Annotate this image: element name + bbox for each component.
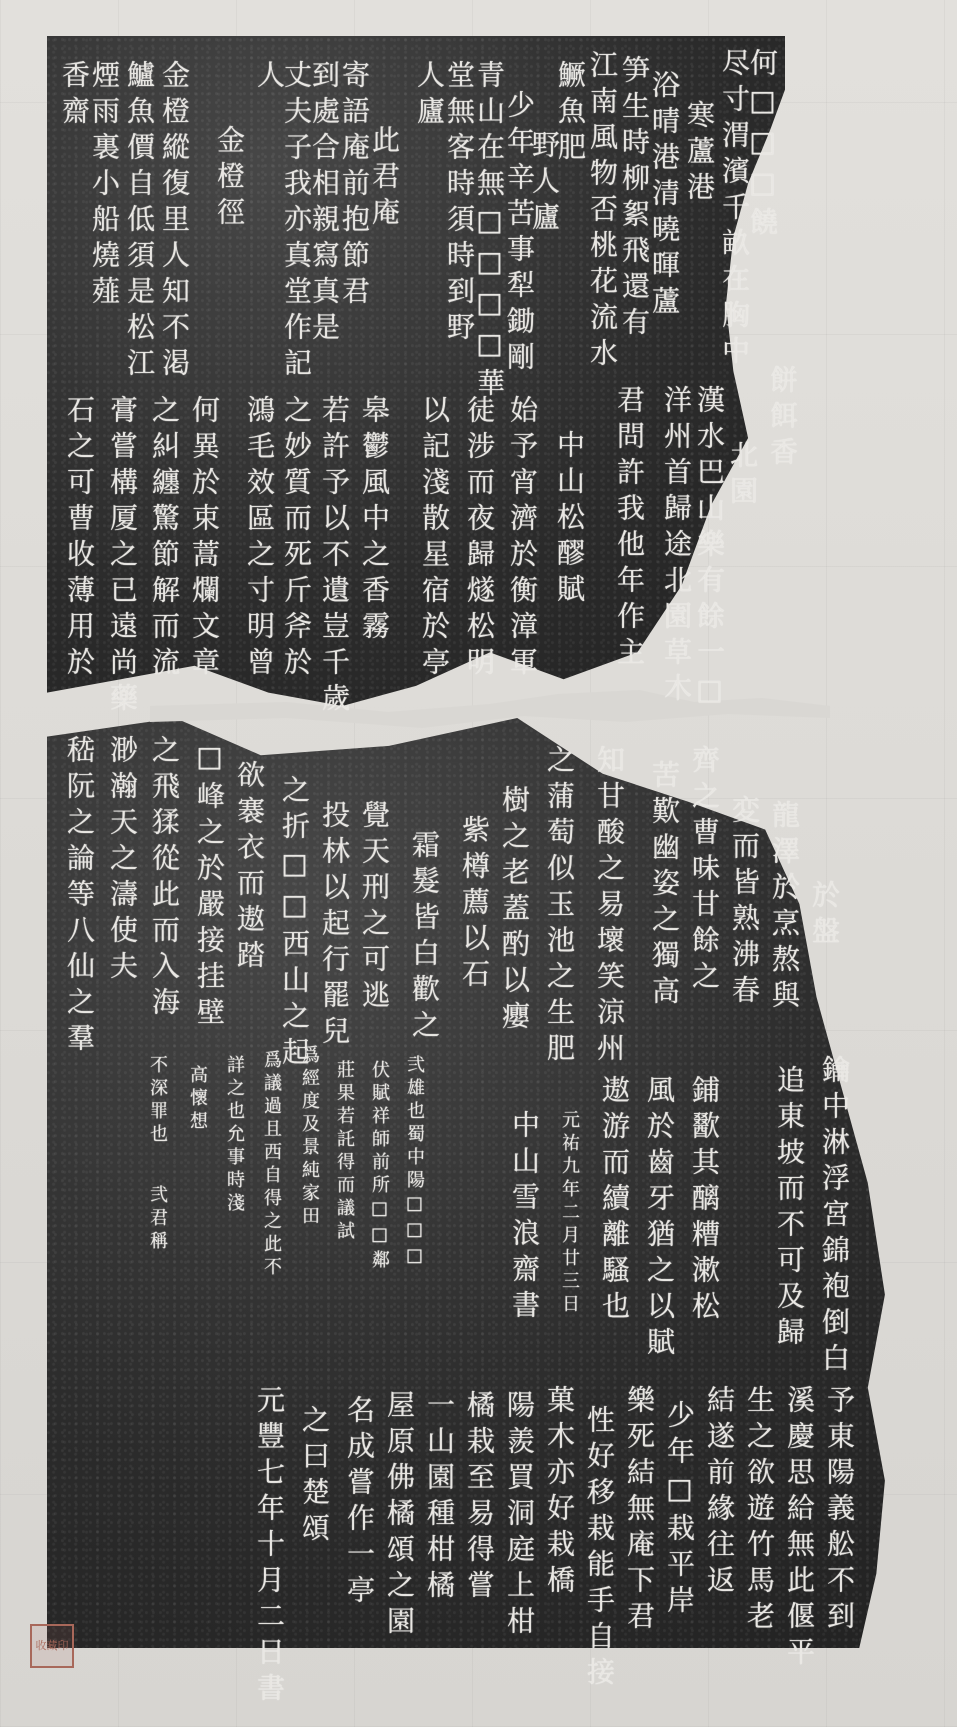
text-column: 鴻毛效區之寸明曾 [245,395,273,683]
text-column: 以記淺散星宿於亭 [420,395,448,683]
text-column: 少年辛苦事犁鋤剛 [505,90,533,378]
text-column: 鋪歠其醨糟漱松 [690,1075,718,1327]
text-column: 爲經度及景純家田 [300,1045,318,1229]
text-column: 浴晴港清曉暉蘆 [650,70,678,322]
text-column: 石之可曹收薄用於 [65,395,93,683]
text-column: 弐君稱 [148,1185,166,1254]
text-column: 青山在無□□□□華 [475,60,503,404]
text-column: 鑰中淋浮宮錦袍倒白 [820,1055,848,1379]
date-inscription: 元祐九年二月廿三日 [560,1110,578,1317]
text-column: 金橙徑 [215,125,243,233]
text-column: 少年□栽平岸 [665,1400,693,1621]
text-column: 中山松醪賦 [555,430,583,610]
text-column: 苦歎幽姿之獨高 [650,760,678,1012]
text-column: 遨游而續離騷也 [600,1075,628,1327]
text-column: 結遂前緣往返 [705,1385,733,1601]
text-column: 餅餌香 [768,365,796,473]
text-column: 投林以起行罷兒 [320,800,348,1052]
text-column: 寄語庵前抱節君 [340,60,368,312]
text-column: 若許予以不遺豈千歲 [320,395,348,719]
date-signature: 元豐七年十月二日書 [255,1385,283,1709]
text-column: 徒涉而夜歸燧松明 [465,395,493,683]
text-column: 生之欲遊竹馬老 [745,1385,773,1637]
text-column: 変而皆熟沸春 [730,795,758,1011]
text-column: 之妙質而死斤斧於 [282,395,310,683]
text-column: 笋生時柳絮飛還有 [620,55,648,343]
text-column: 追東坡而不可及歸 [775,1065,803,1353]
text-column: 菓木亦好栽橋 [545,1385,573,1601]
text-column: 陽羨買洞庭上柑 [505,1390,533,1642]
text-column: 始予宵濟於衡漳軍 [508,395,536,683]
signature-column: 中山雪浪齋書 [510,1110,538,1326]
text-column: 龍澤於烹熬與 [770,800,798,1016]
text-column: 齊之曹味甘餘之 [690,745,718,997]
text-column: 之飛猱從此而入海 [150,735,178,1023]
text-column: 高懷想 [188,1065,206,1134]
text-column: 到處合相親寫真是 [310,60,338,348]
text-column: 紫樽薦以石 [460,815,488,995]
text-column: 之折□□西山之起 [280,775,308,1073]
text-column: 寒蘆港 [685,100,713,208]
text-column: 樂死結無庵下君 [625,1385,653,1637]
text-column: 何異於束蒿爛文章 [190,395,218,683]
text-column: 名成嘗作一亭 [345,1395,373,1611]
text-column: 性好移栽能手自接 [585,1405,613,1693]
text-column: 此君庵 [370,125,398,233]
text-column: 不深罪也 [148,1055,166,1147]
text-column: 之蒲萄似玉池之生肥 [545,745,573,1069]
text-column: 風於齒牙猶之以賦 [645,1075,673,1363]
text-column: 江南風物否桃花流水 [588,50,616,374]
text-column: 皋鬱風中之香霧 [360,395,388,647]
text-column: 伏賦祥師前所□□鄰 [370,1060,388,1273]
text-column: 尽寸渭濱千畝在胸中 [720,48,748,372]
text-column: 樹之老蓋酌以癭 [500,785,528,1037]
text-column: 之曰楚頌 [300,1405,328,1549]
text-column: 鱸魚價自低須是松江 [125,60,153,384]
text-column: 堂無客時須時到野 [445,60,473,348]
text-column: 屋原佛橘頌之園 [385,1390,413,1642]
text-column: 予東陽義舩不到 [825,1385,853,1637]
text-column: 金橙縱復里人知不渇 [160,60,188,384]
text-column: 弐雄也蜀中陽□□□ [405,1055,423,1271]
text-column: 何□□□饒 [748,48,776,243]
text-column: 詳之也允事時淺 [225,1055,243,1216]
text-column: 橘栽至易得嘗 [465,1390,493,1606]
text-column: 莊果若託得而議試 [335,1060,353,1244]
collector-seal: 收藏印 [30,1624,74,1668]
text-column: 覺天刑之可逃 [360,800,388,1016]
text-column: 香齋 [60,60,88,132]
text-column: 君問許我他年作主 [615,385,643,673]
text-column: 嵇阮之論等八仙之羣 [65,735,93,1059]
text-column: 知甘酸之易壞笑涼州 [595,745,623,1069]
text-column: 之糾纏驚節解而流 [150,395,178,683]
text-column: □峰之於嚴接挂壁 [195,740,223,1033]
text-column: 洋州首歸途北園草木 [662,385,690,709]
text-column: 膏嘗構厦之已遠尚藥 [108,395,136,719]
text-column: 渺瀚天之濤使夫 [108,735,136,987]
text-column: 丈夫子我亦真堂作記 [282,60,310,384]
text-column: 欲褰衣而遨踏 [235,760,263,976]
text-column: 漢水巴山樂有餘一□ [695,385,723,714]
text-column: 於盤 [810,880,838,952]
text-column: 爲議過且西自得之此不 [262,1050,280,1280]
text-column: 溪慶思給無此偃平 [785,1385,813,1673]
text-column: 煙雨裏小船燒薤 [90,60,118,312]
text-column: 一山園種柑橘 [425,1390,453,1606]
text-column: 人廬 [415,60,443,132]
text-column: 霜髮皆白歡之 [410,830,438,1046]
text-column: 北園 [728,440,756,512]
text-column: 人 [255,60,283,96]
